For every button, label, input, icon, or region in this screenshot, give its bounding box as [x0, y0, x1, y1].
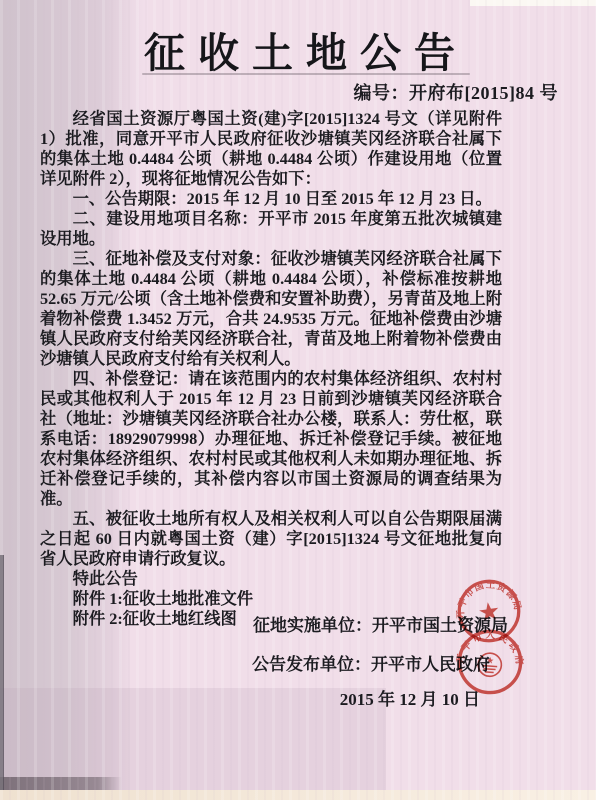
- body-paragraph-closing: 特此公告: [40, 569, 502, 589]
- body-paragraph-intro: 经省国土资源厅粤国土资(建)字[2015]1324 号文（详见附件 1）批准，同…: [40, 109, 502, 189]
- document-title: 征收土地公告: [0, 20, 596, 79]
- national-emblem-icon: ★: [477, 652, 502, 677]
- seal-star-icon: ★: [476, 598, 502, 628]
- body-paragraph-item5: 五、被征收土地所有权人及相关权利人可以自公告期限届满之日起 60 日内就粤国土资…: [40, 509, 502, 569]
- title-shadow-line: [142, 73, 470, 75]
- announcement-body: 经省国土资源厅粤国土资(建)字[2015]1324 号文（详见附件 1）批准，同…: [40, 109, 502, 629]
- body-paragraph-item3: 三、征地补偿及支付对象：征收沙塘镇芙冈经济联合社属下的集体土地 0.4484 公…: [40, 249, 502, 369]
- government-seal: 开平市人民政府 ★: [454, 626, 527, 699]
- body-paragraph-item2: 二、建设用地项目名称：开平市 2015 年度第五批次城镇建设用地。: [40, 209, 502, 249]
- body-paragraph-item1: 一、公告期限：2015 年 12 月 10 日至 2015 年 12 月 23 …: [40, 189, 502, 209]
- svg-text:★: ★: [486, 655, 495, 666]
- attachment-line-1: 附件 1:征收土地批准文件: [40, 589, 502, 609]
- document-number: 编号：开府布[2015]84 号: [354, 79, 559, 105]
- body-paragraph-item4: 四、补偿登记：请在该范围内的农村集体经济组织、农村村民或其他权利人于 2015 …: [40, 369, 502, 509]
- scanned-announcement-page: 征收土地公告 编号：开府布[2015]84 号 经省国土资源厅粤国土资(建)字[…: [0, 0, 596, 800]
